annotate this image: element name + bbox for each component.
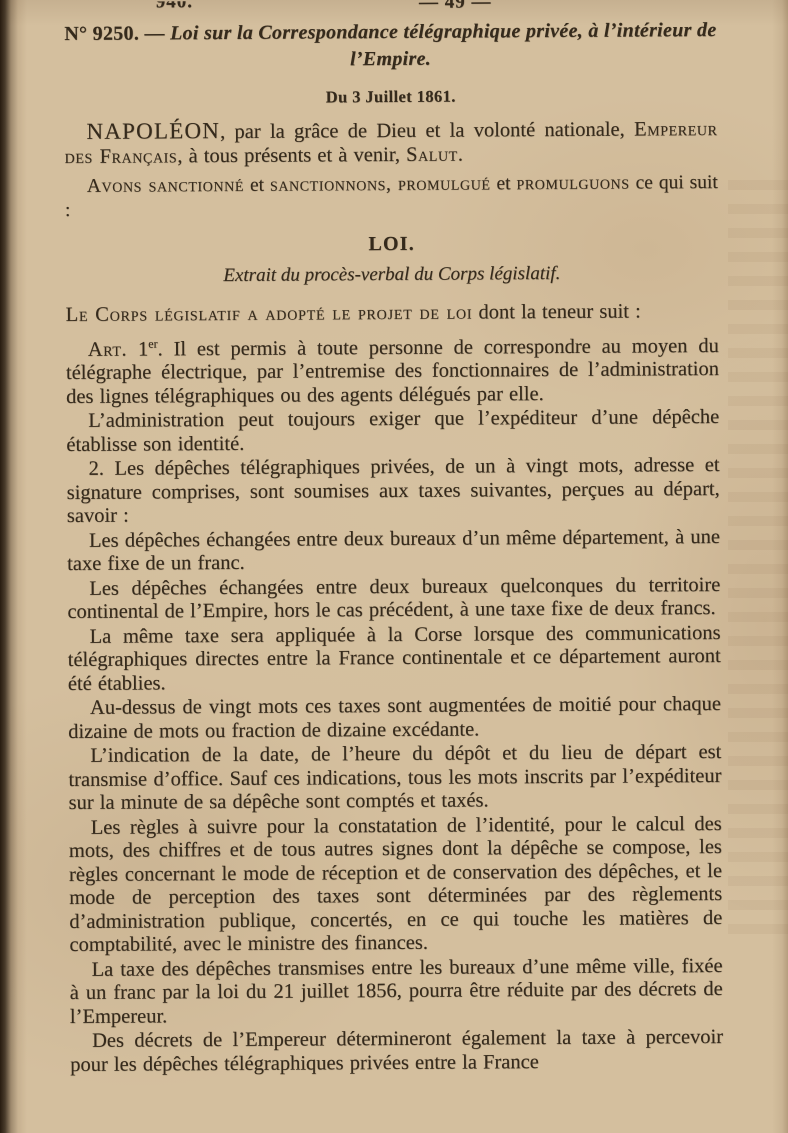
ordinal-superscript: er (148, 336, 157, 350)
loi-heading: LOI. (65, 231, 718, 258)
law-title: N° 9250. — Loi sur la Correspondance tél… (64, 17, 717, 75)
paragraph-taxe-departement: Les dépêches échangées entre deux bureau… (67, 525, 720, 576)
date-line: Du 3 Juillet 1861. (64, 85, 717, 109)
reverse-side-bleed (728, 180, 788, 940)
paragraph-taxe-territoire: Les dépêches échangées entre deux bureau… (67, 573, 720, 624)
law-title-text: Loi sur la Correspondance télégraphique … (170, 19, 717, 70)
header-fragment: 940. (156, 0, 193, 13)
paragraph-article-1: Art. 1er. Il est permis à toute personne… (66, 335, 719, 409)
page-content: 940. — 49 — N° 9250. — Loi sur la Corres… (64, 0, 724, 1077)
title-dash: — (144, 22, 164, 44)
paragraph-taxe-ville: La taxe des dépêches transmises entre le… (70, 954, 723, 1028)
paragraph-corps-legislatif: Le Corps législatif a adopté le projet d… (66, 300, 719, 327)
napoleon-name: NAPOLÉON (86, 118, 220, 144)
page-number-fragment: — 49 — (194, 0, 717, 15)
paragraph-indication-date: L’indication de la date, de l’heure du d… (68, 741, 721, 815)
paragraph-decrets-empereur: Des décrets de l’Empereur détermineront … (70, 1026, 723, 1077)
paragraph-preamble: NAPOLÉON, par la grâce de Dieu et la vol… (64, 116, 717, 169)
paragraph-regles: Les règles à suivre pour la constatation… (69, 812, 723, 957)
article-label: Art. (88, 338, 128, 360)
paragraph-administration: L’administration peut toujours exiger qu… (66, 406, 719, 457)
paragraph-taxe-corse: La même taxe sera appliquée à la Corse l… (68, 621, 721, 695)
page-header: 940. — 49 — (64, 0, 717, 15)
salut-smallcaps: Salut (406, 143, 458, 165)
scanned-page: 940. — 49 — N° 9250. — Loi sur la Corres… (0, 0, 788, 1133)
paragraph-article-2: 2. Les dépêches télégraphiques privées, … (66, 454, 719, 528)
extrait-line: Extrait du procès-verbal du Corps législ… (65, 262, 718, 288)
paragraph-sanction: Avons sanctionné et sanctionnons, promul… (65, 171, 718, 222)
law-number: N° 9250. (64, 23, 139, 45)
paragraph-surtaxe: Au-dessus de vingt mots ces taxes sont a… (68, 693, 721, 744)
